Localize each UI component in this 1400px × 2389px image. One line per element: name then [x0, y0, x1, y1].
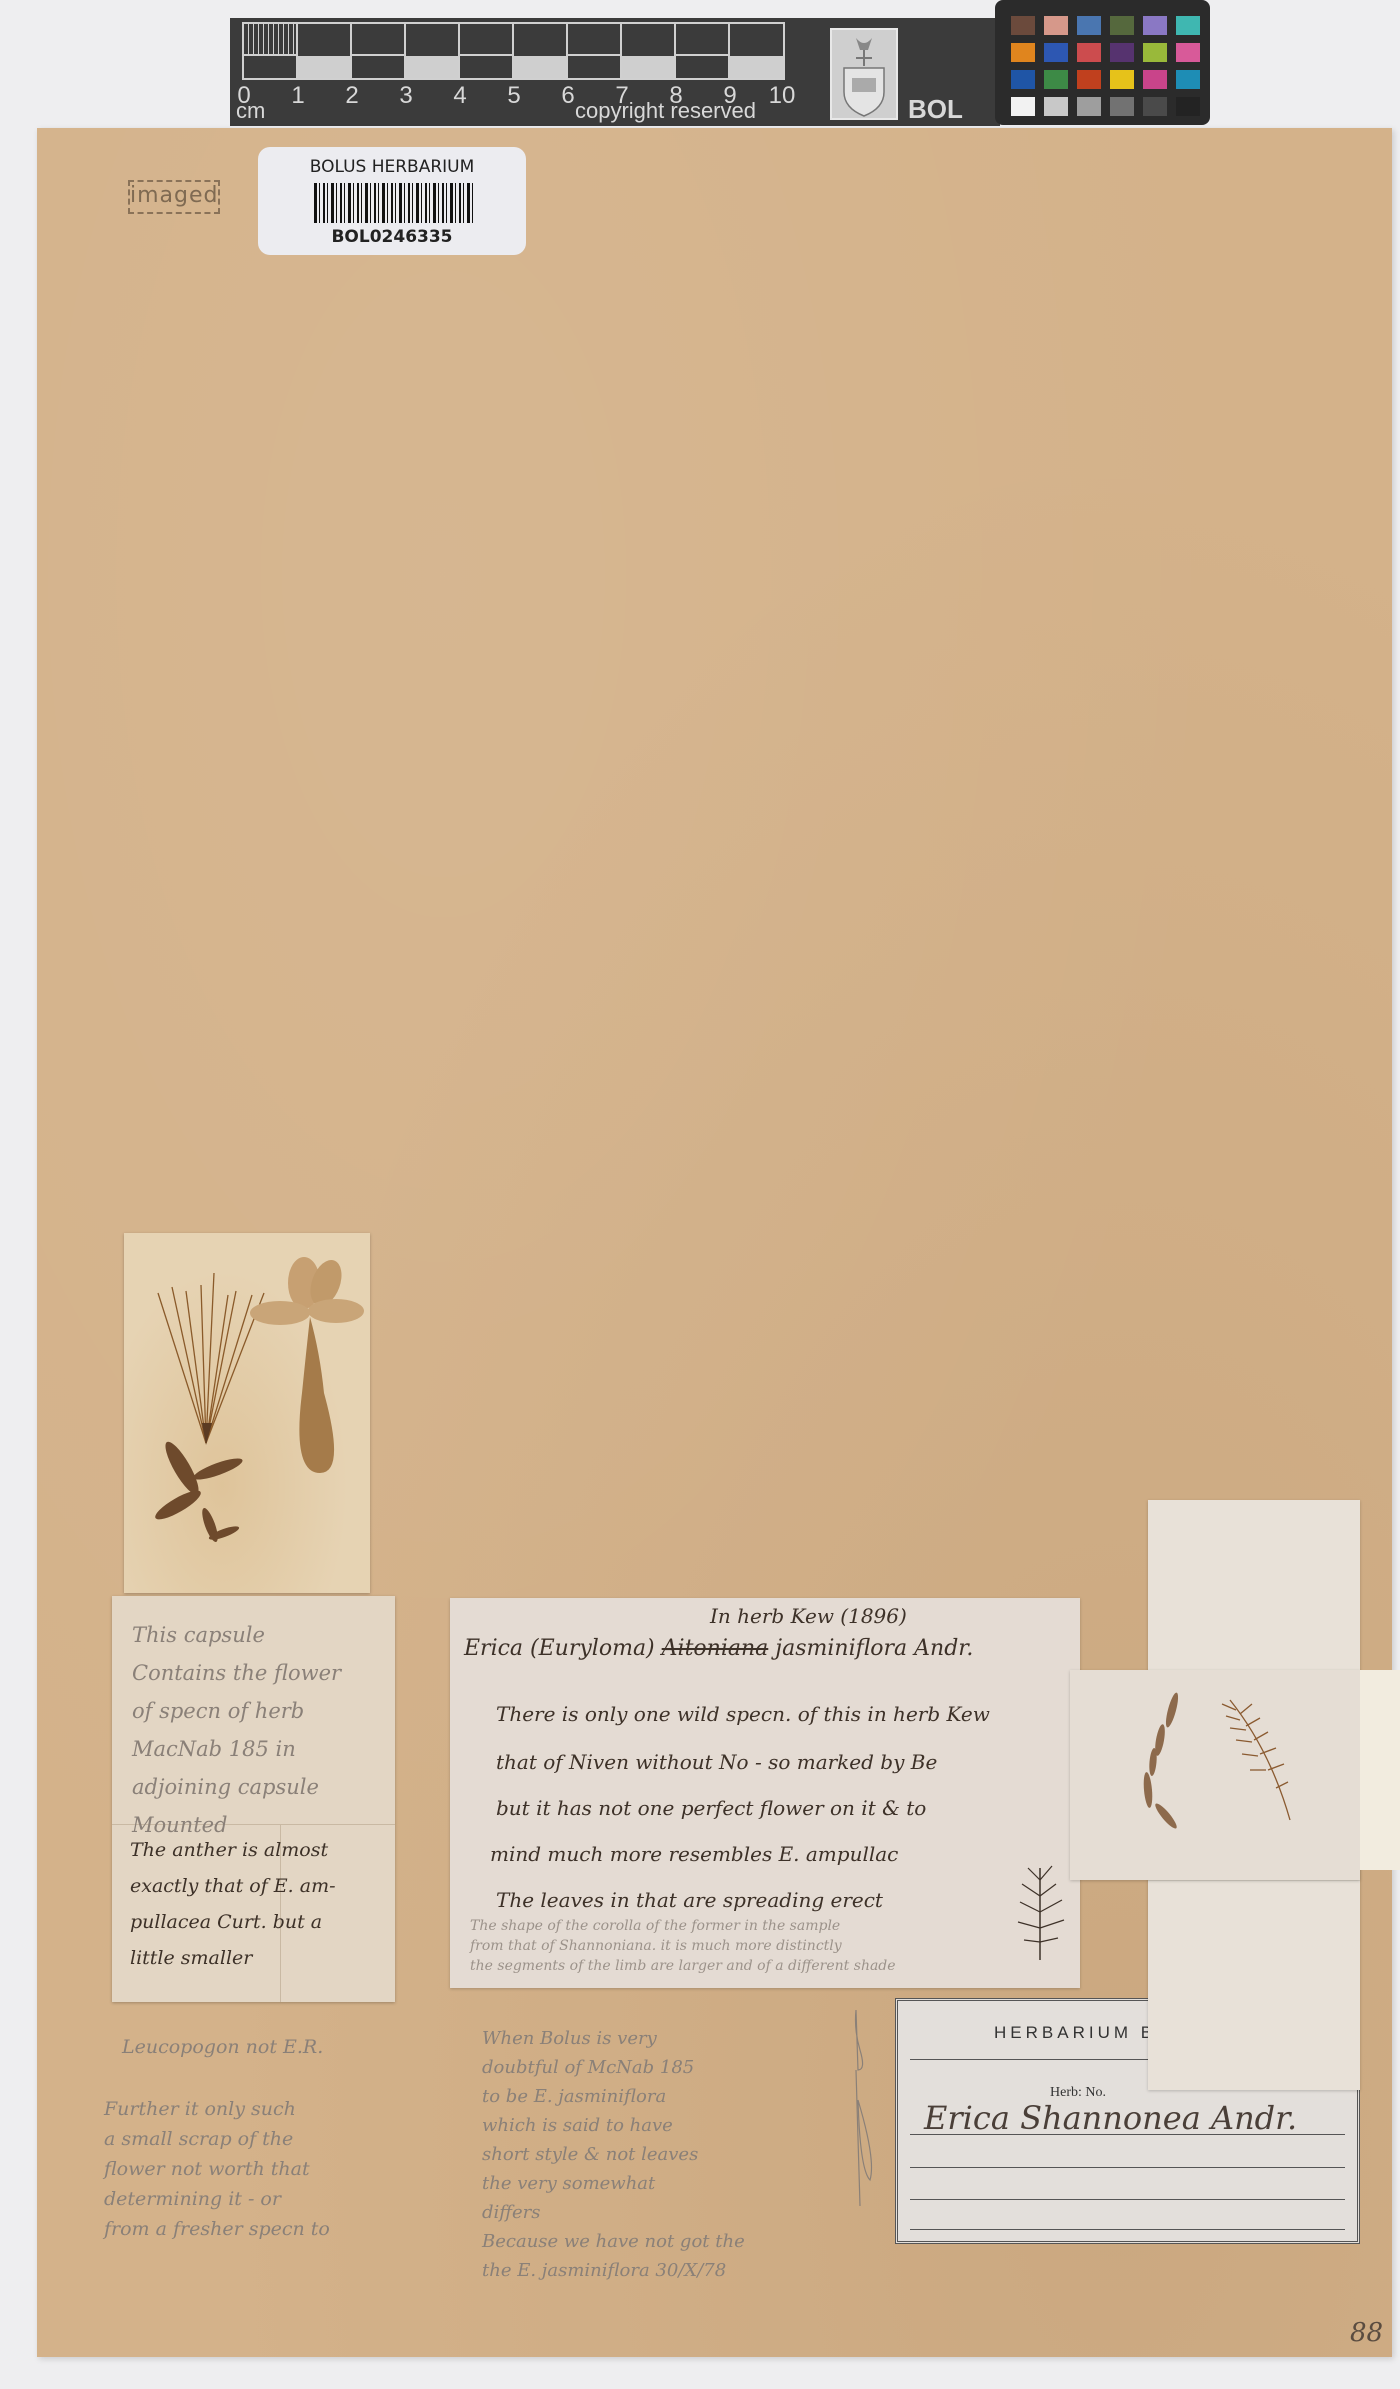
kew-line: but it has not one perfect flower on it …	[496, 1796, 926, 1820]
dissected-flower-icon	[124, 1233, 370, 1593]
ruler-number: 2	[345, 82, 358, 110]
plant-sketch-icon	[1010, 1860, 1070, 1960]
kew-line: There is only one wild specn. of this in…	[496, 1702, 990, 1726]
colour-swatch	[1077, 43, 1101, 62]
kew-pencil-line: The shape of the corolla of the former i…	[470, 1918, 840, 1934]
colour-swatch	[1110, 97, 1134, 116]
kew-annotation-label: In herb Kew (1896) Erica (Euryloma) Aito…	[450, 1598, 1080, 1988]
ruler-scale	[242, 22, 785, 80]
capsule-ink-text: The anther is almost exactly that of E. …	[130, 1832, 336, 1976]
kew-title-prefix: Erica (Euryloma)	[464, 1636, 655, 1661]
colour-swatch	[1077, 70, 1101, 89]
colour-swatch	[1044, 43, 1068, 62]
ruler-number: 1	[291, 82, 304, 110]
kew-line: The leaves in that are spreading erect	[496, 1888, 883, 1912]
colour-swatch	[1143, 43, 1167, 62]
colour-swatch	[1110, 70, 1134, 89]
specimen-capsule-flower	[124, 1233, 370, 1593]
copyright-label: copyright reserved	[575, 98, 756, 124]
specimen-packet-open	[1070, 1670, 1360, 1880]
pencil-sketch-icon	[830, 2010, 880, 2210]
ruler-cell	[406, 24, 460, 78]
barcode-title: BOLUS HERBARIUM	[258, 157, 526, 177]
capsule-pencil-text: This capsule Contains the flower of spec…	[132, 1616, 341, 1844]
ruler-number: 5	[507, 82, 520, 110]
kew-title-suffix: jasminiflora Andr.	[775, 1636, 973, 1661]
ruler-cell	[514, 24, 568, 78]
kew-title: Erica (Euryloma) Aitoniana jasminiflora …	[464, 1636, 973, 1661]
ruler-mm-cell	[244, 24, 298, 78]
kew-pencil-line: the segments of the limb are larger and …	[470, 1958, 896, 1974]
kew-title-struck: Aitoniana	[662, 1636, 769, 1661]
ruler-number: 6	[561, 82, 574, 110]
capsule-annotation-note: This capsule Contains the flower of spec…	[112, 1596, 395, 2002]
colour-swatch	[1176, 43, 1200, 62]
colour-swatch	[1110, 43, 1134, 62]
institution-code: BOL	[908, 94, 963, 125]
colour-swatch	[1143, 70, 1167, 89]
colour-swatch	[1110, 16, 1134, 35]
imaged-stamp: imaged	[128, 180, 220, 214]
colour-swatch	[1143, 97, 1167, 116]
ruler-number: 3	[399, 82, 412, 110]
leafy-shoot-fragments-icon	[1070, 1670, 1360, 1880]
kew-line: that of Niven without No - so marked by …	[496, 1750, 937, 1774]
colour-swatch	[1077, 97, 1101, 116]
ruler-cell	[730, 24, 783, 78]
barcode-number: BOL0246335	[258, 227, 526, 247]
colour-swatch	[1044, 16, 1068, 35]
ruler-cell	[460, 24, 514, 78]
barcode-label: BOLUS HERBARIUM BOL0246335	[258, 147, 526, 255]
colour-swatch	[1143, 16, 1167, 35]
colour-swatch	[1011, 43, 1035, 62]
university-crest-icon	[830, 28, 898, 120]
colour-swatch	[1011, 16, 1035, 35]
ruler-number: 10	[769, 82, 796, 110]
scale-bar: 0 1 2 3 4 5 6 7 8 9 10 cm copyright rese…	[230, 18, 1000, 126]
sheet-number: 88	[1350, 2318, 1383, 2348]
colour-swatch	[1176, 97, 1200, 116]
colour-swatch	[1176, 16, 1200, 35]
colour-swatch	[1044, 97, 1068, 116]
ruler-cell	[622, 24, 676, 78]
species-name: Erica Shannonea Andr.	[924, 2099, 1297, 2137]
pencil-note-centre: When Bolus is very doubtful of McNab 185…	[482, 2024, 745, 2285]
colour-swatch	[1176, 70, 1200, 89]
packet-flap	[1360, 1670, 1400, 1870]
kew-line: mind much more resembles E. ampullac	[490, 1842, 898, 1866]
colour-swatch	[1077, 16, 1101, 35]
pencil-note-left: Further it only such a small scrap of th…	[104, 2094, 330, 2244]
colour-calibration-chart	[995, 0, 1210, 125]
printed-label-header: HERBARIUM BO	[994, 2023, 1173, 2043]
ruler-unit-label: cm	[236, 98, 265, 124]
ruler-cell	[568, 24, 622, 78]
kew-header: In herb Kew (1896)	[710, 1604, 907, 1628]
ruler-cell	[298, 24, 352, 78]
colour-swatch	[1011, 70, 1035, 89]
pencil-heading: Leucopogon not E.R.	[122, 2036, 323, 2058]
kew-pencil-line: from that of Shannoniana. it is much mor…	[470, 1938, 842, 1954]
colour-swatch	[1011, 97, 1035, 116]
swatch-grid	[1011, 16, 1200, 116]
ruler-cell	[676, 24, 730, 78]
barcode-icon	[314, 183, 476, 223]
ruler-cell	[352, 24, 406, 78]
ruler-number: 4	[453, 82, 466, 110]
colour-swatch	[1044, 70, 1068, 89]
